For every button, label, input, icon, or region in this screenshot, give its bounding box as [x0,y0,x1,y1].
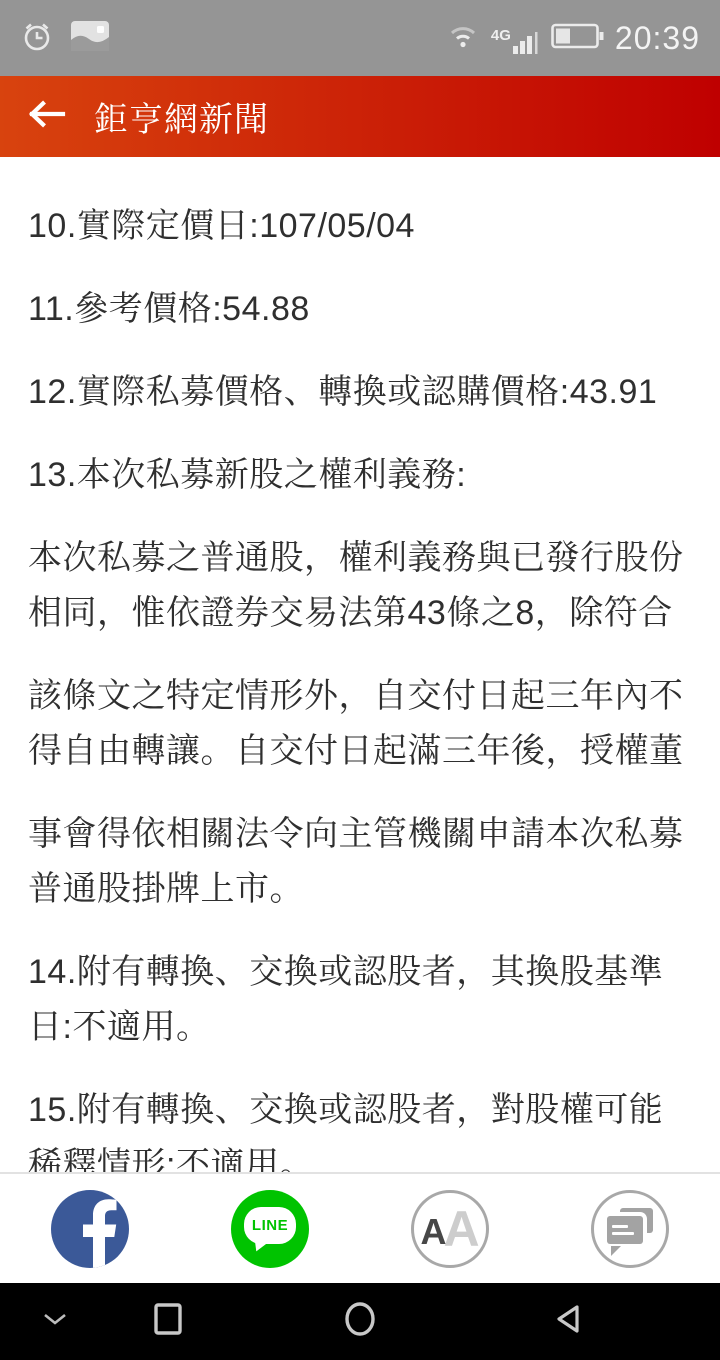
app-bar: 鉅亨網新聞 [0,76,720,157]
comments-icon [591,1190,669,1268]
back-arrow-icon [26,99,66,134]
font-size-large-letter: A [443,1209,479,1250]
page-title: 鉅亨網新聞 [94,92,269,141]
triangle-left-icon [553,1303,583,1340]
phone-screen: 4G 20:39 [0,0,720,1360]
battery-icon [551,22,605,55]
article-paragraph: 15.附有轉換、交換或認股者，對股權可能稀釋情形:不適用。 [28,1083,692,1172]
article-paragraph: 本次私募之普通股，權利義務與已發行股份相同，惟依證券交易法第43條之8，除符合 [28,531,692,641]
status-bar: 4G 20:39 [0,0,720,76]
circle-icon [342,1301,378,1342]
back-button[interactable] [24,95,68,139]
article-paragraph: 10.實際定價日:107/05/04 [28,199,692,254]
back-nav-button[interactable] [523,1283,613,1360]
comments-button[interactable] [540,1190,720,1268]
facebook-share-button[interactable] [0,1190,180,1268]
android-nav-bar [0,1283,720,1360]
article-paragraph: 事會得依相關法令向主管機關申請本次私募普通股掛牌上市。 [28,807,692,917]
article-paragraph: 12.實際私募價格、轉換或認購價格:43.91 [28,365,692,420]
chevron-down-icon [42,1312,68,1331]
signal-bars-icon: 4G [489,21,541,55]
article-content: 10.實際定價日:107/05/0411.參考價格:54.8812.實際私募價格… [0,157,720,1172]
status-bar-left [20,19,110,58]
home-button[interactable] [315,1283,405,1360]
line-bubble: LINE [244,1207,296,1244]
article-paragraph: 13.本次私募新股之權利義務: [28,448,692,503]
alarm-icon [20,19,54,58]
comment-bubble-tail [611,1246,621,1256]
square-icon [153,1302,183,1341]
network-type-label: 4G [491,28,511,43]
facebook-icon [51,1190,129,1268]
hide-navigation-button[interactable] [10,1283,100,1360]
line-icon: LINE [231,1190,309,1268]
article-paragraph: 該條文之特定情形外，自交付日起三年內不得自由轉讓。自交付日起滿三年後，授權董 [28,669,692,779]
line-label: LINE [252,1217,288,1234]
clock-time: 20:39 [615,20,700,57]
wifi-icon [447,23,479,54]
line-share-button[interactable]: LINE [180,1190,360,1268]
screenshot-thumbnail-icon [70,20,110,57]
status-bar-right: 4G 20:39 [447,20,700,57]
font-size-button[interactable]: A A [360,1190,540,1268]
comment-bubble-front [607,1216,643,1244]
article-paragraph: 14.附有轉換、交換或認股者，其換股基準日:不適用。 [28,945,692,1055]
font-size-icon: A A [411,1190,489,1268]
share-toolbar: LINE A A [0,1172,720,1283]
article-paragraph: 11.參考價格:54.88 [28,282,692,337]
recents-button[interactable] [123,1283,213,1360]
